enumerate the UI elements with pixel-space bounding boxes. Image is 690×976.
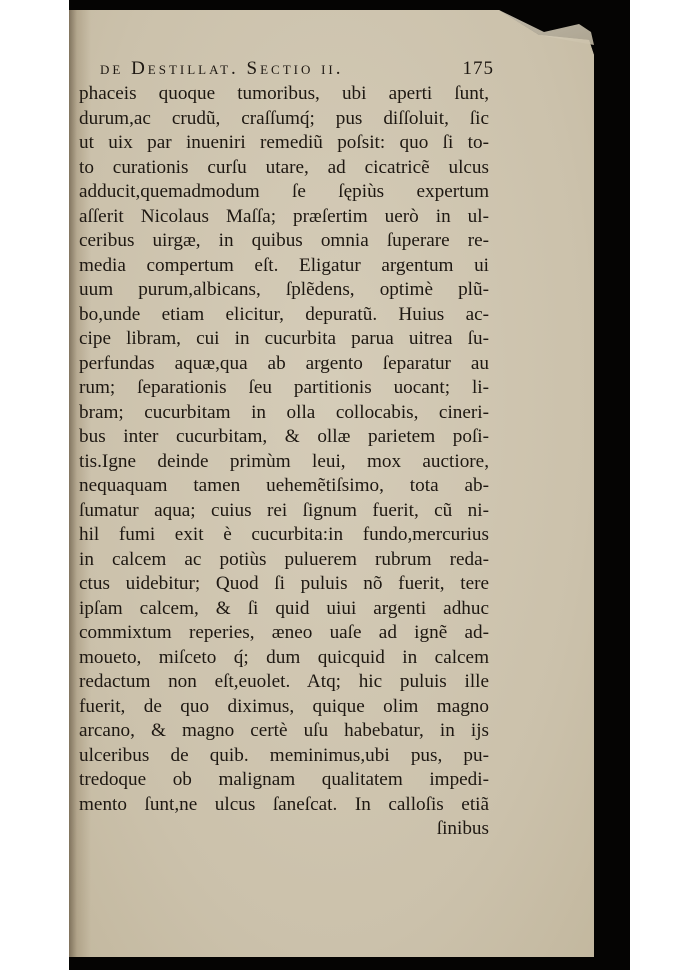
text-line: commixtum reperies, æneo uaſe ad ignẽ ad… (79, 621, 489, 646)
text-line: ceribus uirgæ, in quibus omnia ſuperare … (79, 229, 489, 254)
text-line: bram; cucurbitam in olla collocabis, cin… (79, 401, 489, 426)
text-line: ut uix par inueniri remediũ poſsit: quo … (79, 131, 489, 156)
text-line: aſſerit Nicolaus Maſſa; præſertim uerò i… (79, 205, 489, 230)
page-number: 175 (463, 58, 495, 80)
text-line: hil fumi exit è cucurbita:in fundo,mercu… (79, 523, 489, 548)
text-line: in calcem ac potiùs puluerem rubrum reda… (79, 548, 489, 573)
text-line: ctus uidebitur; Quod ſi puluis nõ fuerit… (79, 572, 489, 597)
text-line: to curationis curſu utare, ad cicatricẽ … (79, 156, 489, 181)
book-page: de Destillat. Sectio ii. 175 phaceis quo… (69, 10, 594, 957)
text-line: perfundas aquæ,qua ab argento ſeparatur … (79, 352, 489, 377)
text-line: uum purum,albicans, ſplẽdens, optimè plũ… (79, 278, 489, 303)
text-line: ipſam calcem, & ſi quid uiui argenti adh… (79, 597, 489, 622)
text-line: bo,unde etiam elicitur, depuratũ. Huius … (79, 303, 489, 328)
text-line: media compertum eſt. Eligatur argentum u… (79, 254, 489, 279)
text-line: tis.Igne deinde primùm leui, mox auctior… (79, 450, 489, 475)
text-line: ſumatur aqua; cuius rei ſignum fuerit, c… (79, 499, 489, 524)
text-line: moueto, miſceto q́; dum quicquid in calc… (79, 646, 489, 671)
text-block: de Destillat. Sectio ii. 175 phaceis quo… (79, 58, 489, 842)
text-line: adducit,quemadmodum ſe ſępiùs expertum (79, 180, 489, 205)
text-line: tredoque ob malignam qualitatem impedi- (79, 768, 489, 793)
running-head: de Destillat. Sectio ii. 175 (79, 58, 489, 82)
text-line: rum; ſeparationis ſeu partitionis uocant… (79, 376, 489, 401)
text-line: arcano, & magno certè uſu habebatur, in … (79, 719, 489, 744)
catchword: ſinibus (79, 817, 489, 842)
text-line: ulceribus de quib. meminimus,ubi pus, pu… (79, 744, 489, 769)
text-line: nequaquam tamen uehemẽtiſsimo, tota ab- (79, 474, 489, 499)
text-line: fuerit, de quo diximus, quique olim magn… (79, 695, 489, 720)
text-line: cipe libram, cui in cucurbita parua uitr… (79, 327, 489, 352)
text-line: durum,ac crudũ, craſſumq́; pus diſſoluit… (79, 107, 489, 132)
text-line: bus inter cucurbitam, & ollæ parietem po… (79, 425, 489, 450)
scan-frame: de Destillat. Sectio ii. 175 phaceis quo… (69, 0, 630, 970)
running-head-title: de Destillat. Sectio ii. (100, 58, 344, 80)
text-line: mento ſunt,ne ulcus ſaneſcat. In calloſi… (79, 793, 489, 818)
text-line: phaceis quoque tumoribus, ubi aperti ſun… (79, 82, 489, 107)
text-line: redactum non eſt,euolet. Atq; hic puluis… (79, 670, 489, 695)
